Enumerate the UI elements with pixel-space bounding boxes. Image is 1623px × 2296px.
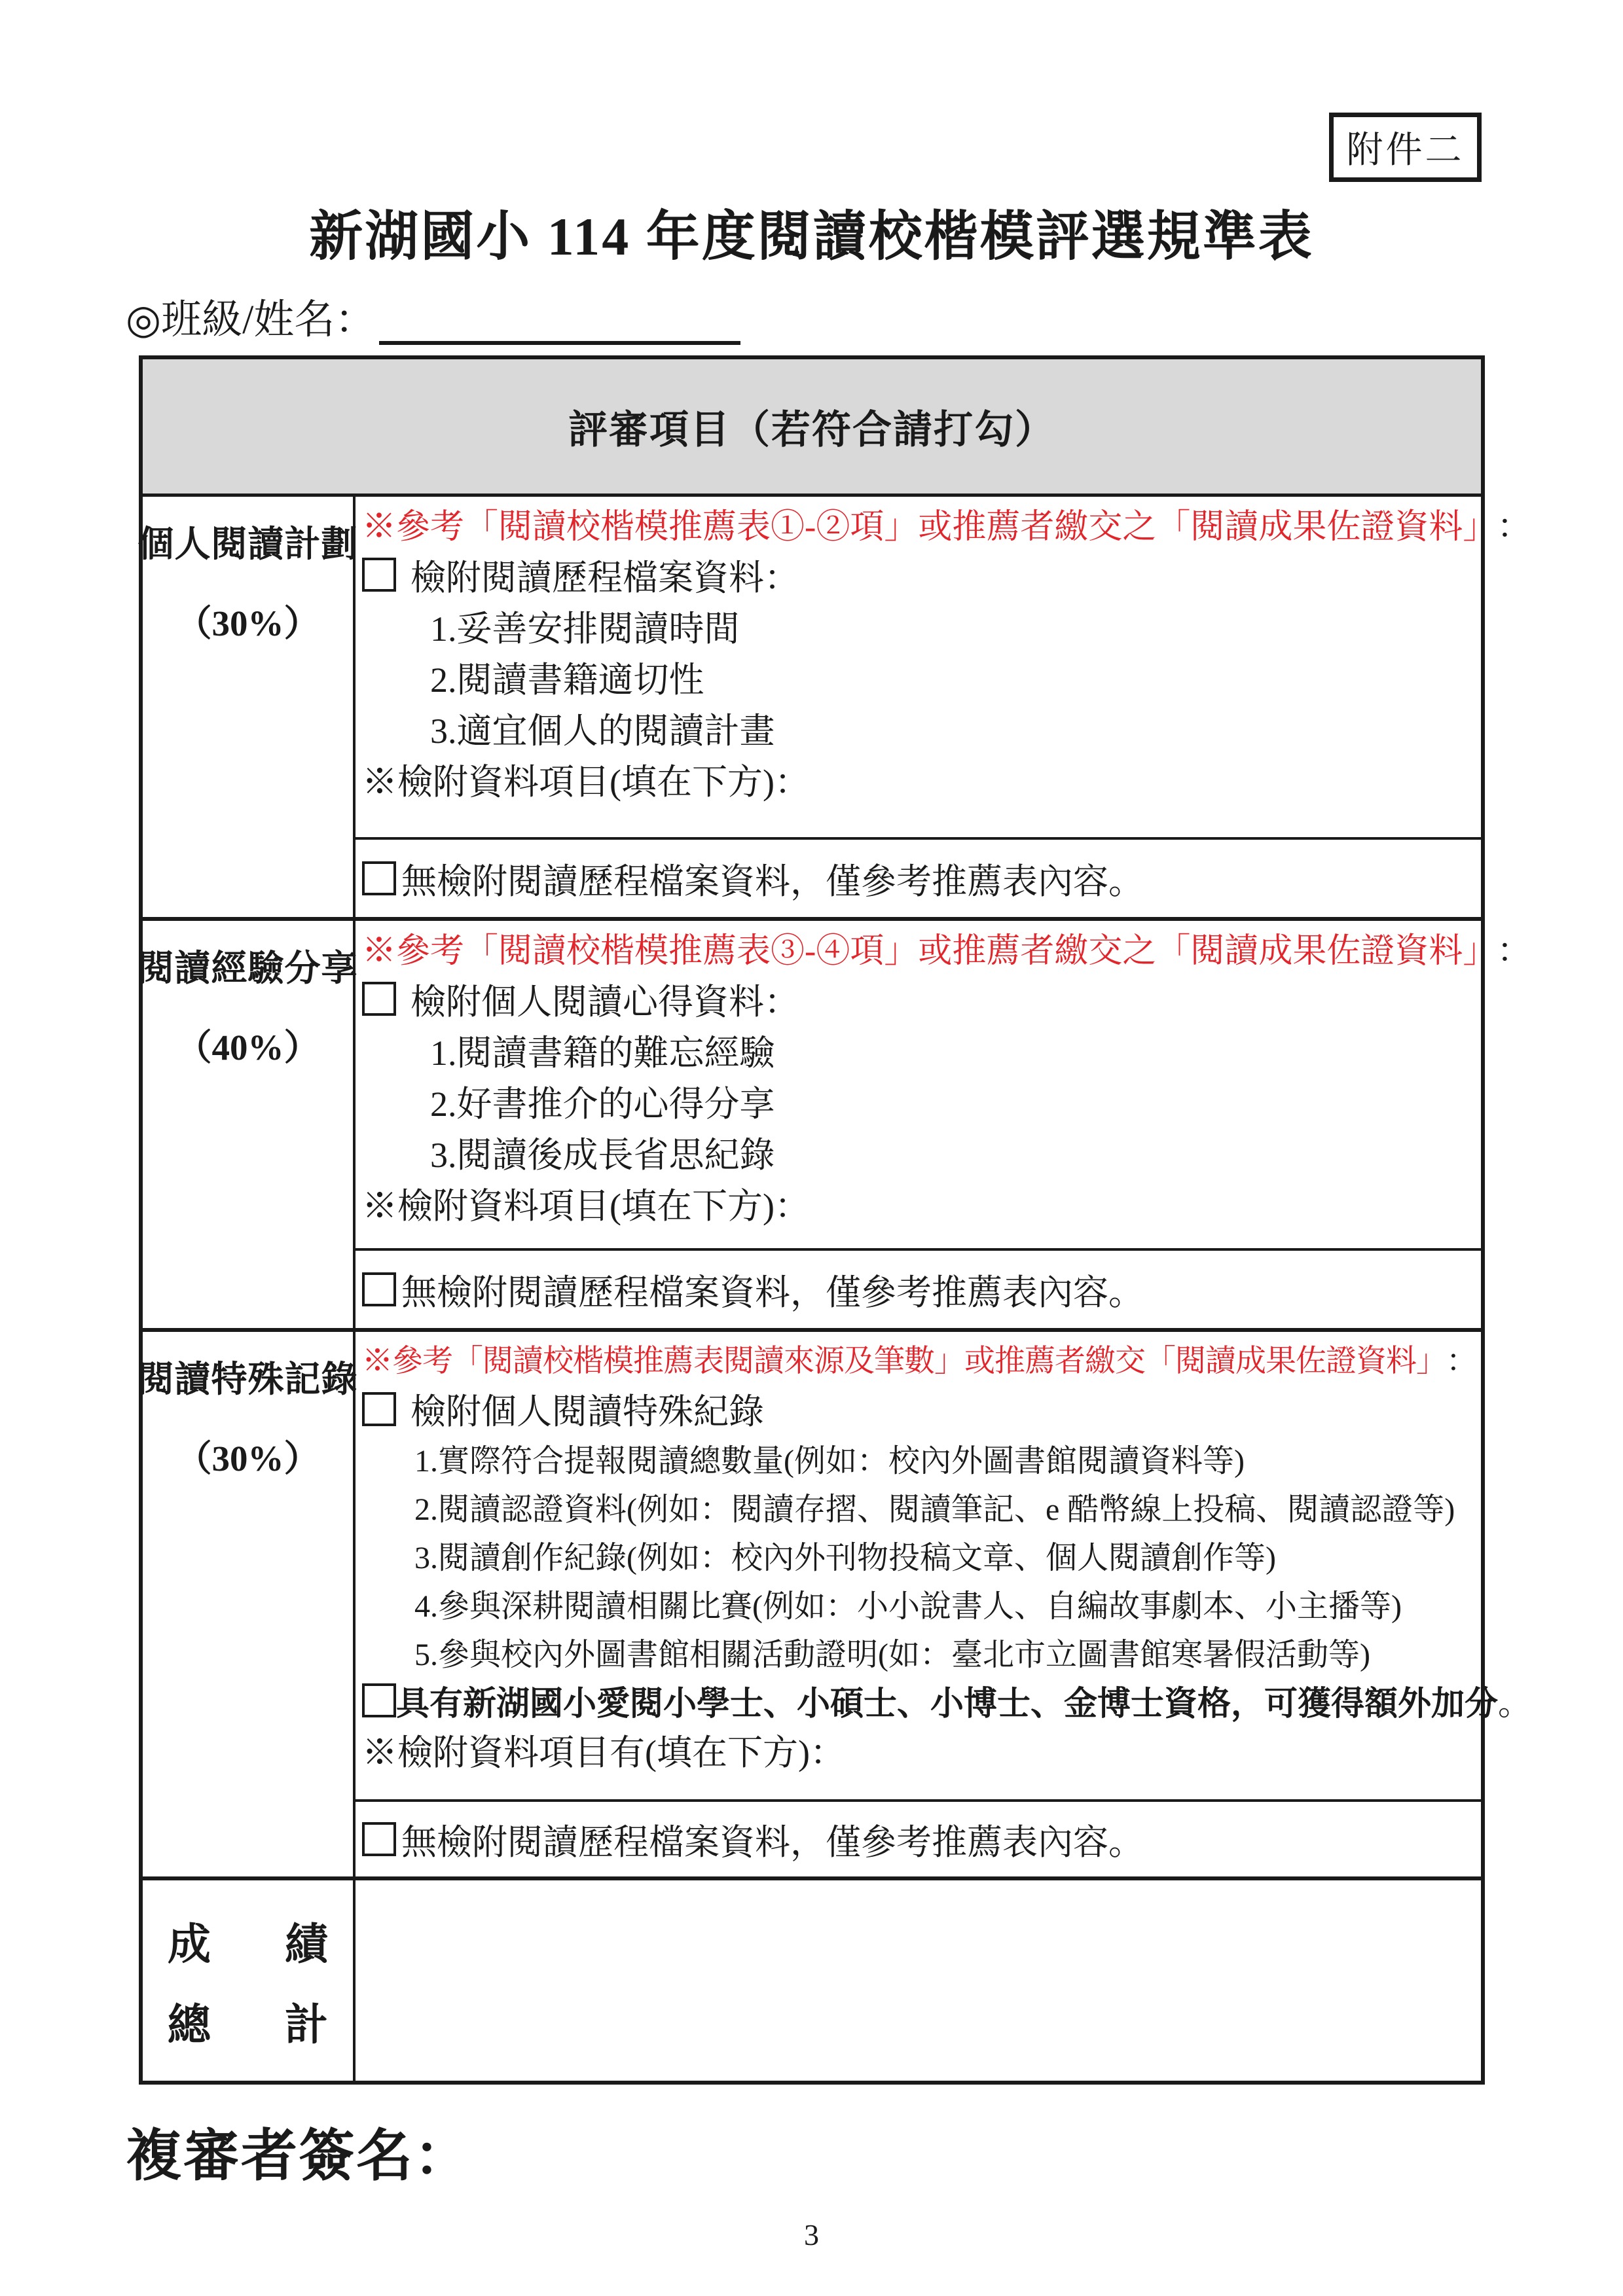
page-number: 3	[0, 2217, 1623, 2252]
total-label-char: 績	[285, 1909, 328, 1971]
no-attachment-option: 無檢附閱讀歷程檔案資料，僅參考推薦表內容。	[362, 1802, 1476, 1876]
reviewer-signature-label: 複審者簽名：	[126, 2110, 471, 2191]
class-name-fill-line[interactable]	[379, 303, 740, 345]
row-content-cell: ※參考「閱讀校楷模推薦表閱讀來源及筆數」或推薦者繳交「閱讀成果佐證資料」： 檢附…	[356, 1332, 1481, 1876]
bonus-option-tail: 。	[1498, 1676, 1531, 1725]
row-content-cell: ※參考「閱讀校楷模推薦表③-④項」或推薦者繳交之「閱讀成果佐證資料」： 檢附個人…	[356, 921, 1481, 1328]
fill-in-line[interactable]	[356, 1774, 1481, 1802]
attach-option: 檢附個人閱讀心得資料：	[362, 973, 1476, 1024]
criteria-item: 2.閱讀認證資料(例如：閱讀存摺、閱讀筆記、e 酷幣線上投稿、閱讀認證等)	[362, 1482, 1476, 1530]
fill-note: ※檢附資料項目(填在下方)：	[362, 1177, 1476, 1229]
criteria-item: 2.好書推介的心得分享	[362, 1075, 1476, 1126]
reference-note: ※參考「閱讀校楷模推薦表①-②項」或推薦者繳交之「閱讀成果佐證資料」：	[362, 497, 1476, 549]
row-label-cell: 閱讀特殊記錄 （30%）	[143, 1332, 356, 1876]
criteria-item: 1.實際符合提報閱讀總數量(例如：校內外圖書館閱讀資料等)	[362, 1433, 1476, 1482]
reference-note-text: ※參考「閱讀校楷模推薦表①-②項」或推薦者繳交之「閱讀成果佐證資料」	[362, 499, 1497, 548]
row-reading-experience-sharing: 閱讀經驗分享 （40%） ※參考「閱讀校楷模推薦表③-④項」或推薦者繳交之「閱讀…	[143, 921, 1481, 1332]
row-label: 個人閱讀計劃	[138, 515, 358, 567]
attach-checkbox[interactable]	[362, 558, 396, 592]
total-label-char: 總	[168, 1990, 211, 2052]
table-header: 評審項目（若符合請打勾）	[143, 359, 1481, 497]
fill-note: ※檢附資料項目(填在下方)：	[362, 753, 1476, 804]
row-weight: （30%）	[175, 1429, 319, 1481]
row-label: 閱讀特殊記錄	[138, 1350, 358, 1402]
no-attachment-option: 無檢附閱讀歷程檔案資料，僅參考推薦表內容。	[362, 1251, 1476, 1328]
criteria-item: 3.閱讀後成長省思紀錄	[362, 1126, 1476, 1177]
attach-option-label: 檢附個人閱讀特殊紀錄	[410, 1384, 764, 1434]
criteria-item: 4.參與深耕閱讀相關比賽(例如：小小說書人、自編故事劇本、小主播等)	[362, 1579, 1476, 1627]
total-label-cell: 成 績 總 計	[143, 1880, 356, 2081]
no-attachment-label: 無檢附閱讀歷程檔案資料，僅參考推薦表內容。	[401, 1814, 1144, 1865]
no-attachment-checkbox[interactable]	[362, 861, 396, 895]
table-header-title: 評審項目（若符合請打勾）	[568, 399, 1055, 455]
row-content-cell: ※參考「閱讀校楷模推薦表①-②項」或推薦者繳交之「閱讀成果佐證資料」： 檢附閱讀…	[356, 497, 1481, 917]
row-label-cell: 個人閱讀計劃 （30%）	[143, 497, 356, 917]
attach-option: 檢附閱讀歷程檔案資料：	[362, 549, 1476, 600]
row-label-cell: 閱讀經驗分享 （40%）	[143, 921, 356, 1328]
row-weight: （30%）	[175, 594, 319, 646]
attachment-label-box: 附件二	[1329, 113, 1482, 182]
criteria-item: 2.閱讀書籍適切性	[362, 651, 1476, 702]
reference-note-text: ※參考「閱讀校楷模推薦表③-④項」或推薦者繳交之「閱讀成果佐證資料」	[362, 923, 1497, 972]
criteria-item: 1.閱讀書籍的難忘經驗	[362, 1024, 1476, 1075]
criteria-table: 評審項目（若符合請打勾） 個人閱讀計劃 （30%） ※參考「閱讀校楷模推薦表①-…	[139, 355, 1485, 2085]
class-name-line: ◎班級/姓名：	[126, 287, 740, 345]
row-special-reading-records: 閱讀特殊記錄 （30%） ※參考「閱讀校楷模推薦表閱讀來源及筆數」或推薦者繳交「…	[143, 1332, 1481, 1880]
criteria-item: 1.妥善安排閱讀時間	[362, 600, 1476, 651]
no-attachment-checkbox[interactable]	[362, 1822, 396, 1856]
attach-checkbox[interactable]	[362, 982, 396, 1016]
total-score-cell[interactable]	[356, 1880, 1481, 2081]
no-attachment-option: 無檢附閱讀歷程檔案資料，僅參考推薦表內容。	[362, 840, 1476, 917]
reference-note-text: ※參考「閱讀校楷模推薦表閱讀來源及筆數」或推薦者繳交「閱讀成果佐證資料」	[362, 1336, 1446, 1380]
reference-note-colon: ：	[1497, 499, 1531, 548]
attach-option-label: 檢附閱讀歷程檔案資料：	[410, 550, 799, 600]
total-label-score: 成 績	[168, 1909, 328, 1971]
fill-in-line[interactable]	[356, 1229, 1481, 1251]
bonus-option: 具有新湖國小愛閱小學士、小碩士、小博士、金博士資格，可獲得額外加分 。	[362, 1676, 1476, 1725]
reference-note-colon: ：	[1497, 923, 1531, 972]
row-weight: （40%）	[175, 1018, 319, 1070]
reference-note: ※參考「閱讀校楷模推薦表閱讀來源及筆數」或推薦者繳交「閱讀成果佐證資料」：	[362, 1332, 1476, 1384]
no-attachment-checkbox[interactable]	[362, 1272, 396, 1306]
row-total-score: 成 績 總 計	[143, 1880, 1481, 2081]
criteria-item: 3.適宜個人的閱讀計畫	[362, 702, 1476, 753]
total-label-char: 計	[285, 1990, 328, 2052]
document-page: { "page": { "attachment_label": "附件二", "…	[0, 0, 1623, 2296]
criteria-item: 3.閱讀創作紀錄(例如：校內外刊物投稿文章、個人閱讀創作等)	[362, 1530, 1476, 1579]
reference-note-colon: ：	[1446, 1336, 1476, 1380]
attach-checkbox[interactable]	[362, 1392, 396, 1426]
no-attachment-label: 無檢附閱讀歷程檔案資料，僅參考推薦表內容。	[401, 1265, 1144, 1315]
row-personal-reading-plan: 個人閱讀計劃 （30%） ※參考「閱讀校楷模推薦表①-②項」或推薦者繳交之「閱讀…	[143, 497, 1481, 921]
fill-in-line[interactable]	[356, 804, 1481, 840]
total-label-total: 總 計	[168, 1990, 328, 2052]
attach-option-label: 檢附個人閱讀心得資料：	[410, 974, 799, 1024]
bonus-checkbox[interactable]	[362, 1683, 396, 1717]
reference-note: ※參考「閱讀校楷模推薦表③-④項」或推薦者繳交之「閱讀成果佐證資料」：	[362, 921, 1476, 973]
attachment-label: 附件二	[1347, 121, 1465, 173]
attach-option: 檢附個人閱讀特殊紀錄	[362, 1384, 1476, 1433]
total-label-char: 成	[168, 1909, 211, 1971]
class-name-label: ◎班級/姓名：	[126, 298, 375, 342]
page-title: 新湖國小 114 年度閱讀校楷模評選規準表	[0, 194, 1623, 270]
no-attachment-label: 無檢附閱讀歷程檔案資料，僅參考推薦表內容。	[401, 853, 1144, 904]
row-label: 閱讀經驗分享	[138, 939, 358, 991]
criteria-item: 5.參與校內外圖書館相關活動證明(如：臺北市立圖書館寒暑假活動等)	[362, 1627, 1476, 1676]
fill-note: ※檢附資料項目有(填在下方)：	[362, 1725, 1476, 1774]
bonus-option-label: 具有新湖國小愛閱小學士、小碩士、小博士、金博士資格，可獲得額外加分	[396, 1676, 1498, 1725]
